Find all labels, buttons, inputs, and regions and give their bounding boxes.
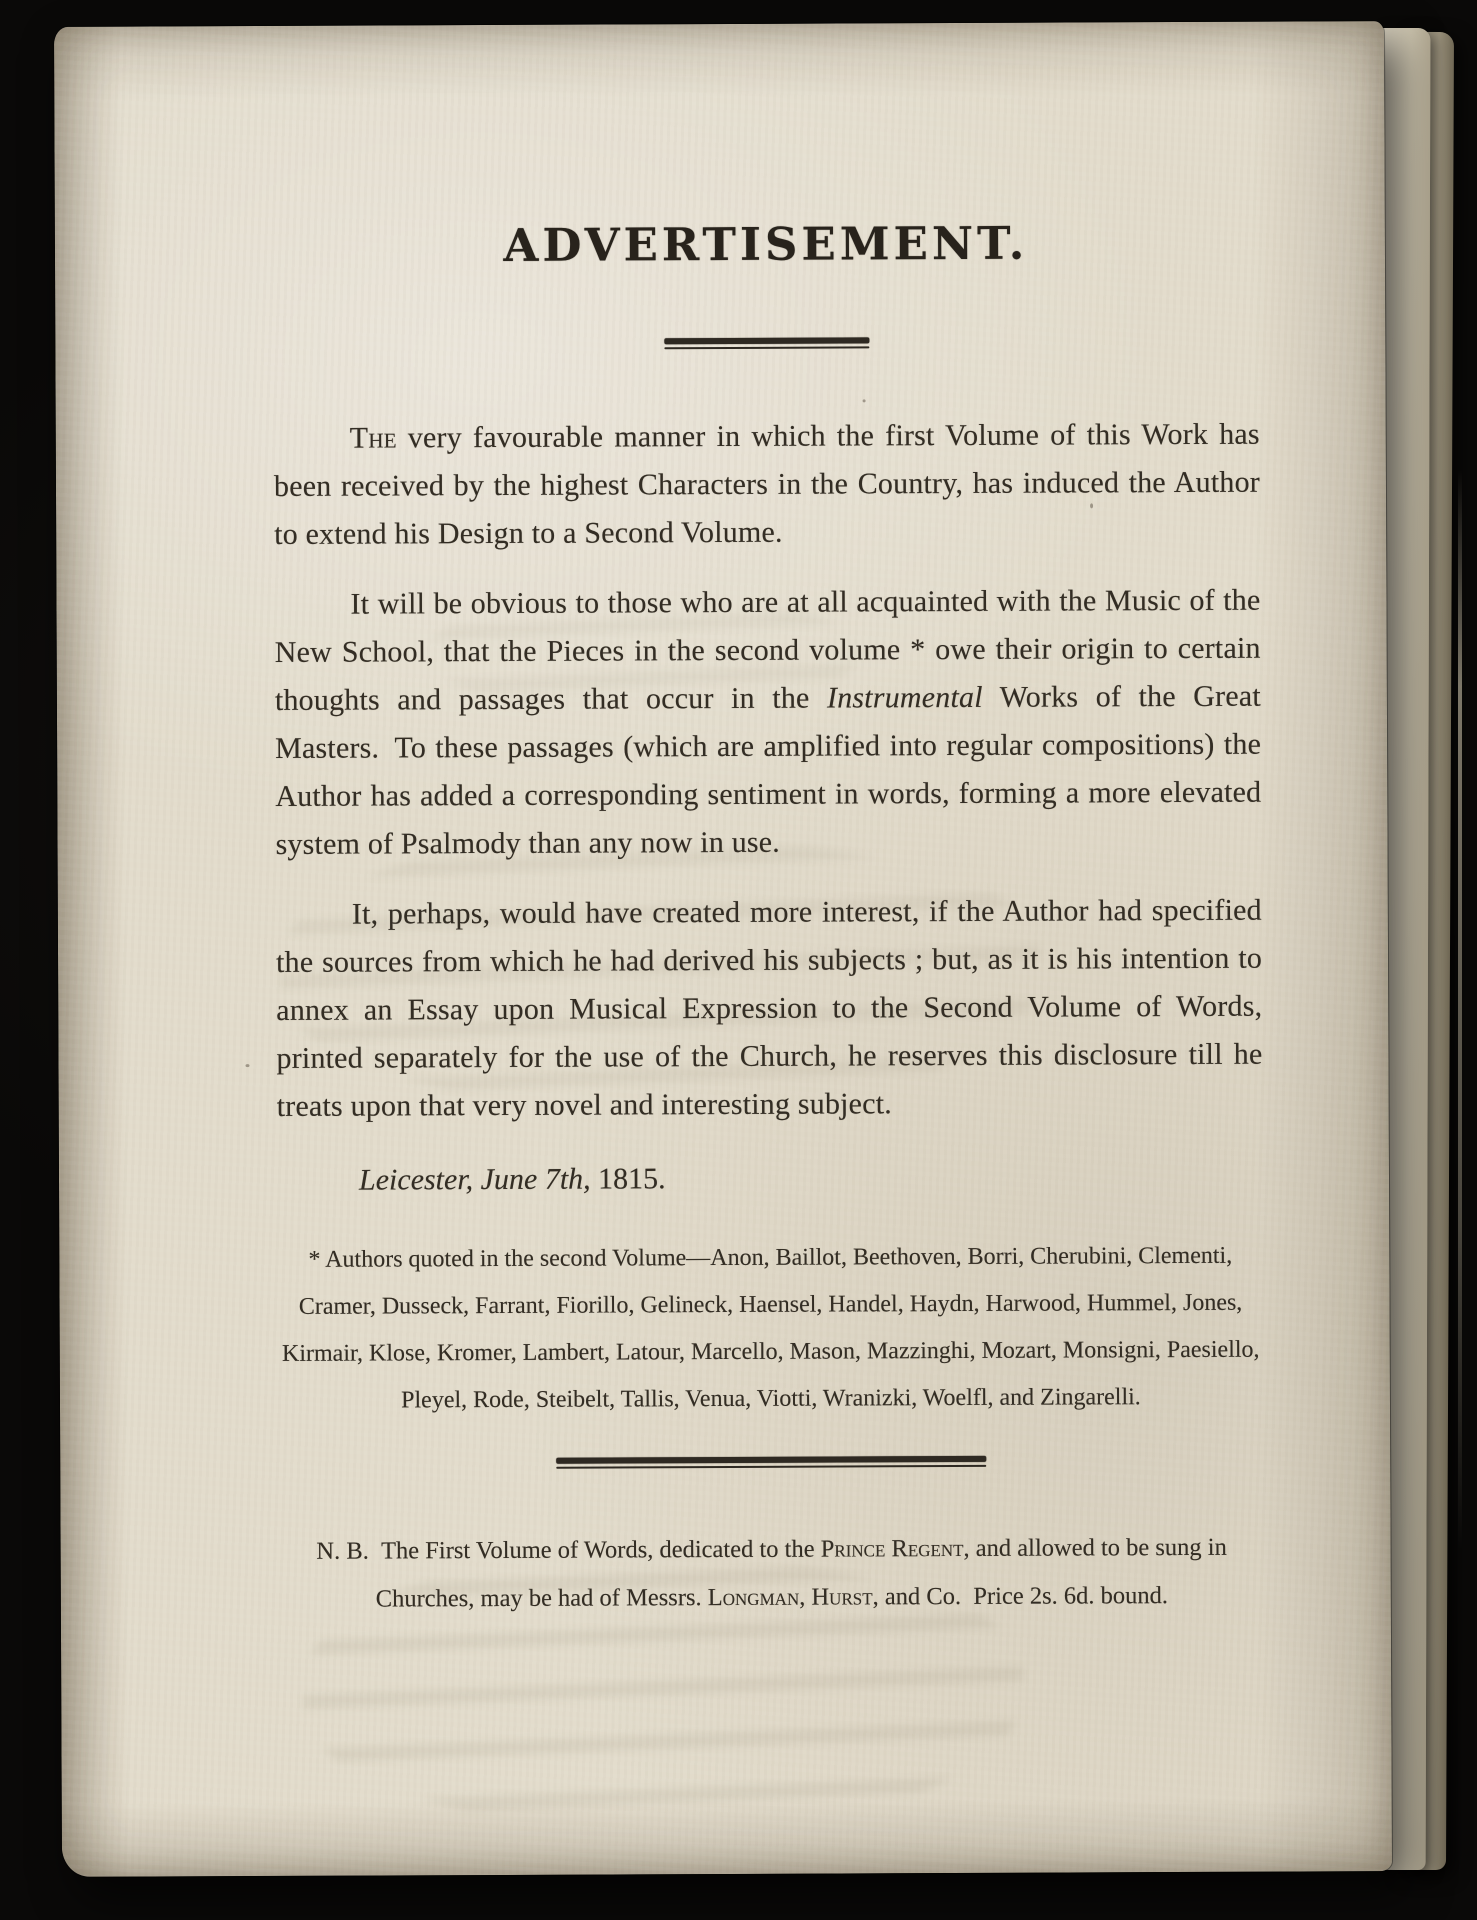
dateline-year: 1815. <box>591 1162 666 1195</box>
hurst-smallcaps: Hurst <box>811 1583 872 1610</box>
page-title: ADVERTISEMENT. <box>273 218 1259 272</box>
rule-thin-line <box>664 346 869 349</box>
authors-footnote: * Authors quoted in the second Volume—An… <box>277 1232 1264 1424</box>
nb-text-3: , <box>799 1583 811 1610</box>
nb-text-4: , and Co. Price 2s. 6d. bound. <box>873 1582 1168 1610</box>
scan-background: ADVERTISEMENT. The very favourable manne… <box>0 0 1477 1920</box>
fore-edge-highlight <box>1458 470 1462 1550</box>
nb-text-1: N. B. The First Volume of Words, dedicat… <box>316 1535 820 1564</box>
longman-smallcaps: Longman <box>708 1583 800 1610</box>
rule-thick-line <box>664 337 869 344</box>
prince-regent-smallcaps: Prince Regent <box>821 1534 964 1562</box>
section-divider-rule <box>556 1455 986 1468</box>
rule-thin-line <box>556 1464 986 1468</box>
instrumental-italic: Instrumental <box>827 680 983 714</box>
title-divider-rule <box>664 337 869 349</box>
paragraph-1-text: very favourable manner in which the firs… <box>274 417 1260 550</box>
paragraph-1: The very favourable manner in which the … <box>274 410 1261 558</box>
book-page: ADVERTISEMENT. The very favourable manne… <box>54 21 1392 1877</box>
paragraph-1-leadin: The <box>350 421 397 454</box>
dateline-place: Leicester, June 7th, <box>359 1162 591 1196</box>
paragraph-3: It, perhaps, would have created more int… <box>276 886 1263 1130</box>
ink-speck <box>245 1064 249 1067</box>
rule-thick-line <box>556 1455 986 1463</box>
page-content: ADVERTISEMENT. The very favourable manne… <box>272 22 1265 1624</box>
nb-note: N. B. The First Volume of Words, dedicat… <box>279 1523 1265 1623</box>
paragraph-2: It will be obvious to those who are at a… <box>274 576 1261 868</box>
dateline: Leicester, June 7th, 1815. <box>359 1152 1263 1204</box>
